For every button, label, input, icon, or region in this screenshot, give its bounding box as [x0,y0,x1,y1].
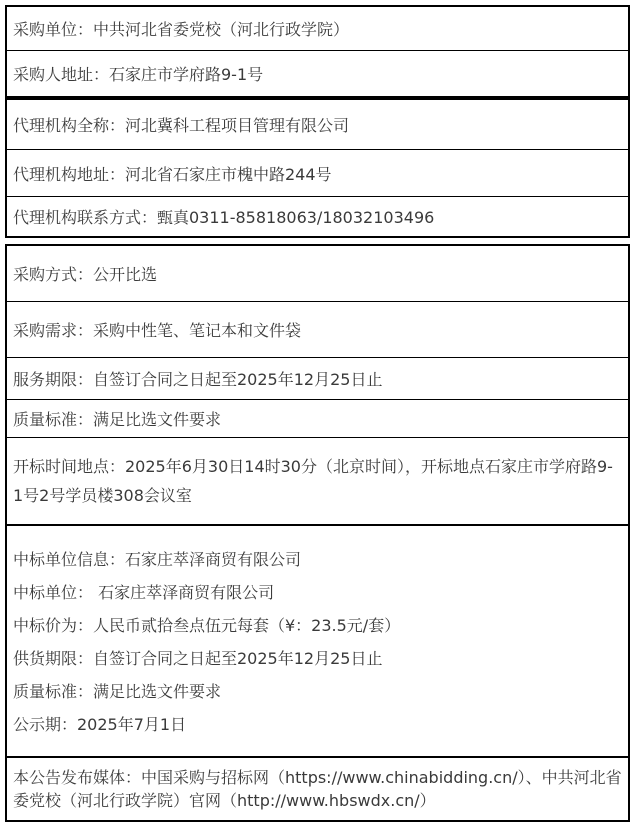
section-media-info: 本公告发布媒体：中国采购与招标网（https://www.chinabiddin… [5,758,630,822]
award-winner-info: 中标单位信息：石家庄萃泽商贸有限公司 [13,550,622,569]
award-publicity-period: 公示期：2025年7月1日 [13,715,622,734]
row-agency-contact: 代理机构联系方式：甄真0311-85818063/18032103496 [7,196,628,236]
award-supply-period: 供货期限：自签订合同之日起至2025年12月25日止 [13,649,622,668]
announcement-page: 采购单位：中共河北省委党校（河北行政学院） 采购人地址：石家庄市学府路9-1号 … [0,0,635,827]
row-agency-address: 代理机构地址：河北省石家庄市槐中路244号 [7,149,628,196]
row-quality-standard: 质量标准：满足比选文件要求 [7,399,628,437]
row-agency-name: 代理机构全称：河北冀科工程项目管理有限公司 [7,100,628,149]
row-purchaser-unit: 采购单位：中共河北省委党校（河北行政学院） [7,7,628,50]
section-award-info: 中标单位信息：石家庄萃泽商贸有限公司 中标单位： 石家庄萃泽商贸有限公司 中标价… [5,526,630,758]
award-quality-standard: 质量标准：满足比选文件要求 [13,682,622,701]
award-price: 中标价为：人民币贰拾叁点伍元每套（¥：23.5元/套） [13,616,622,635]
row-procurement-method: 采购方式：公开比选 [7,246,628,301]
row-procurement-requirement: 采购需求：采购中性笔、笔记本和文件袋 [7,301,628,357]
section-agency-info: 代理机构全称：河北冀科工程项目管理有限公司 代理机构地址：河北省石家庄市槐中路2… [5,98,630,238]
row-service-period: 服务期限：自签订合同之日起至2025年12月25日止 [7,357,628,399]
award-block: 中标单位信息：石家庄萃泽商贸有限公司 中标单位： 石家庄萃泽商贸有限公司 中标价… [7,526,628,756]
row-announcement-media: 本公告发布媒体：中国采购与招标网（https://www.chinabiddin… [7,758,628,820]
section-purchaser-info: 采购单位：中共河北省委党校（河北行政学院） 采购人地址：石家庄市学府路9-1号 [5,5,630,98]
award-winner: 中标单位： 石家庄萃泽商贸有限公司 [13,583,622,602]
row-purchaser-address: 采购人地址：石家庄市学府路9-1号 [7,50,628,96]
row-bid-opening: 开标时间地点：2025年6月30日14时30分（北京时间），开标地点石家庄市学府… [7,437,628,524]
section-procurement-info: 采购方式：公开比选 采购需求：采购中性笔、笔记本和文件袋 服务期限：自签订合同之… [5,244,630,526]
